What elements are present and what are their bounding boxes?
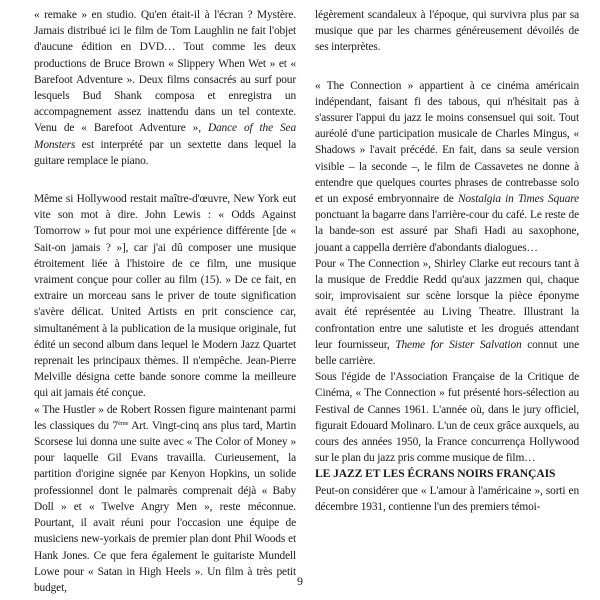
film-title-italic: Nostalgia in Times Square xyxy=(458,193,579,205)
paragraph: « The Connection » appartient à ce ciném… xyxy=(315,78,579,256)
text: « The Connection » appartient à ce ciném… xyxy=(315,80,579,205)
section-heading: LE JAZZ ET LES ÉCRANS NOIRS FRANÇAIS xyxy=(315,466,579,482)
text: Art. Vingt-cinq ans plus tard, Martin Sc… xyxy=(34,420,296,594)
text: Pour « The Connection », Shirley Clarke … xyxy=(315,258,579,351)
text: ponctuant la bagarre dans l'arrière-cour… xyxy=(315,209,579,253)
right-column: légèrement scandaleux à l'époque, qui su… xyxy=(315,7,579,515)
left-column: « remake » en studio. Qu'en était-il à l… xyxy=(34,7,296,596)
text: « remake » en studio. Qu'en était-il à l… xyxy=(34,9,296,134)
paragraph: légèrement scandaleux à l'époque, qui su… xyxy=(315,7,579,56)
paragraph: Pour « The Connection », Shirley Clarke … xyxy=(315,256,579,369)
paragraph: « remake » en studio. Qu'en était-il à l… xyxy=(34,7,296,169)
paragraph: « The Hustler » de Robert Rossen figure … xyxy=(34,402,296,596)
paragraph: Même si Hollywood restait maître-d'œuvre… xyxy=(34,191,296,402)
page-number: 9 xyxy=(0,574,600,589)
paragraph: Sous l'égide de l'Association Française … xyxy=(315,369,579,466)
film-title-italic: Theme for Sister Salvation xyxy=(395,339,521,351)
paragraph: Peut-on considérer que « L'amour à l'amé… xyxy=(315,483,579,515)
superscript: ème xyxy=(118,420,128,427)
